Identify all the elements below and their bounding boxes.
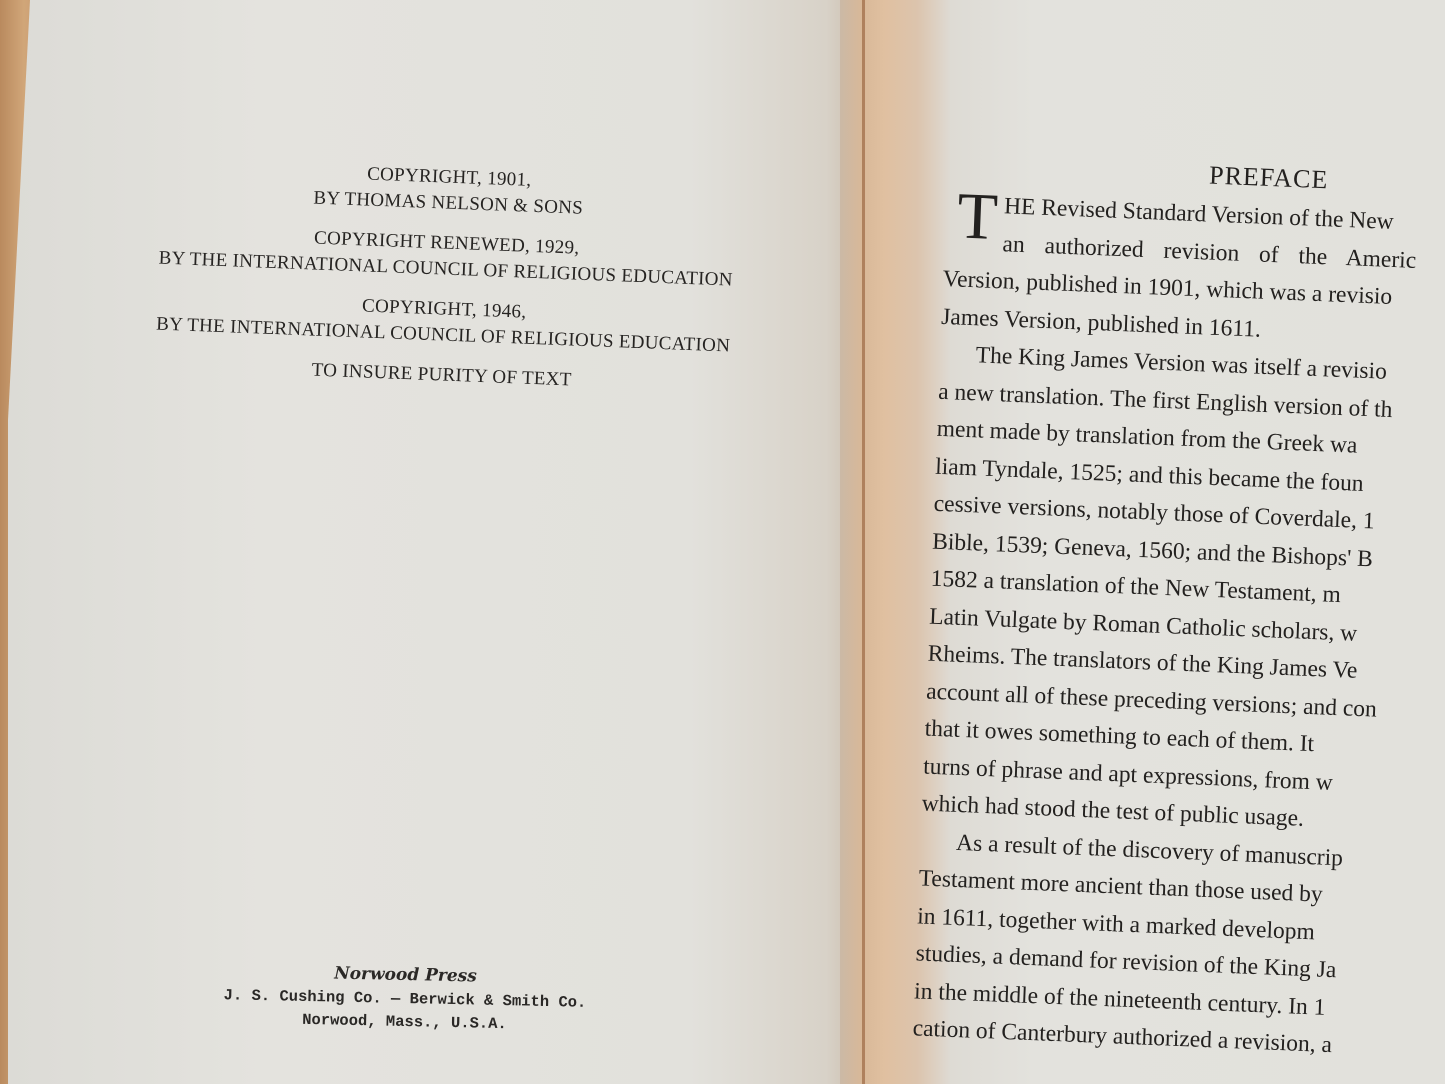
copyright-1946: COPYRIGHT, 1946, BY THE INTERNATIONAL CO… [113, 284, 775, 361]
paragraph-3: As a result of the discovery of manuscri… [912, 823, 1445, 1070]
copyright-line: TO INSURE PURITY OF TEXT [111, 350, 772, 401]
drop-cap: T [956, 188, 999, 246]
purity-note: TO INSURE PURITY OF TEXT [111, 350, 772, 401]
preface-section: PREFACE T HE Revised Standard Version of… [912, 150, 1445, 1070]
printer-imprint: Norwood Press J. S. Cushing Co. — Berwic… [214, 958, 595, 1038]
paragraph-2: The King James Version was itself a revi… [921, 336, 1445, 846]
copyright-notice: COPYRIGHT, 1901, BY THOMAS NELSON & SONS… [111, 152, 780, 415]
paragraph-1: T HE Revised Standard Version of the New… [941, 186, 1445, 358]
binding-seam [862, 0, 865, 1084]
copyright-1929: COPYRIGHT RENEWED, 1929, BY THE INTERNAT… [115, 218, 777, 295]
